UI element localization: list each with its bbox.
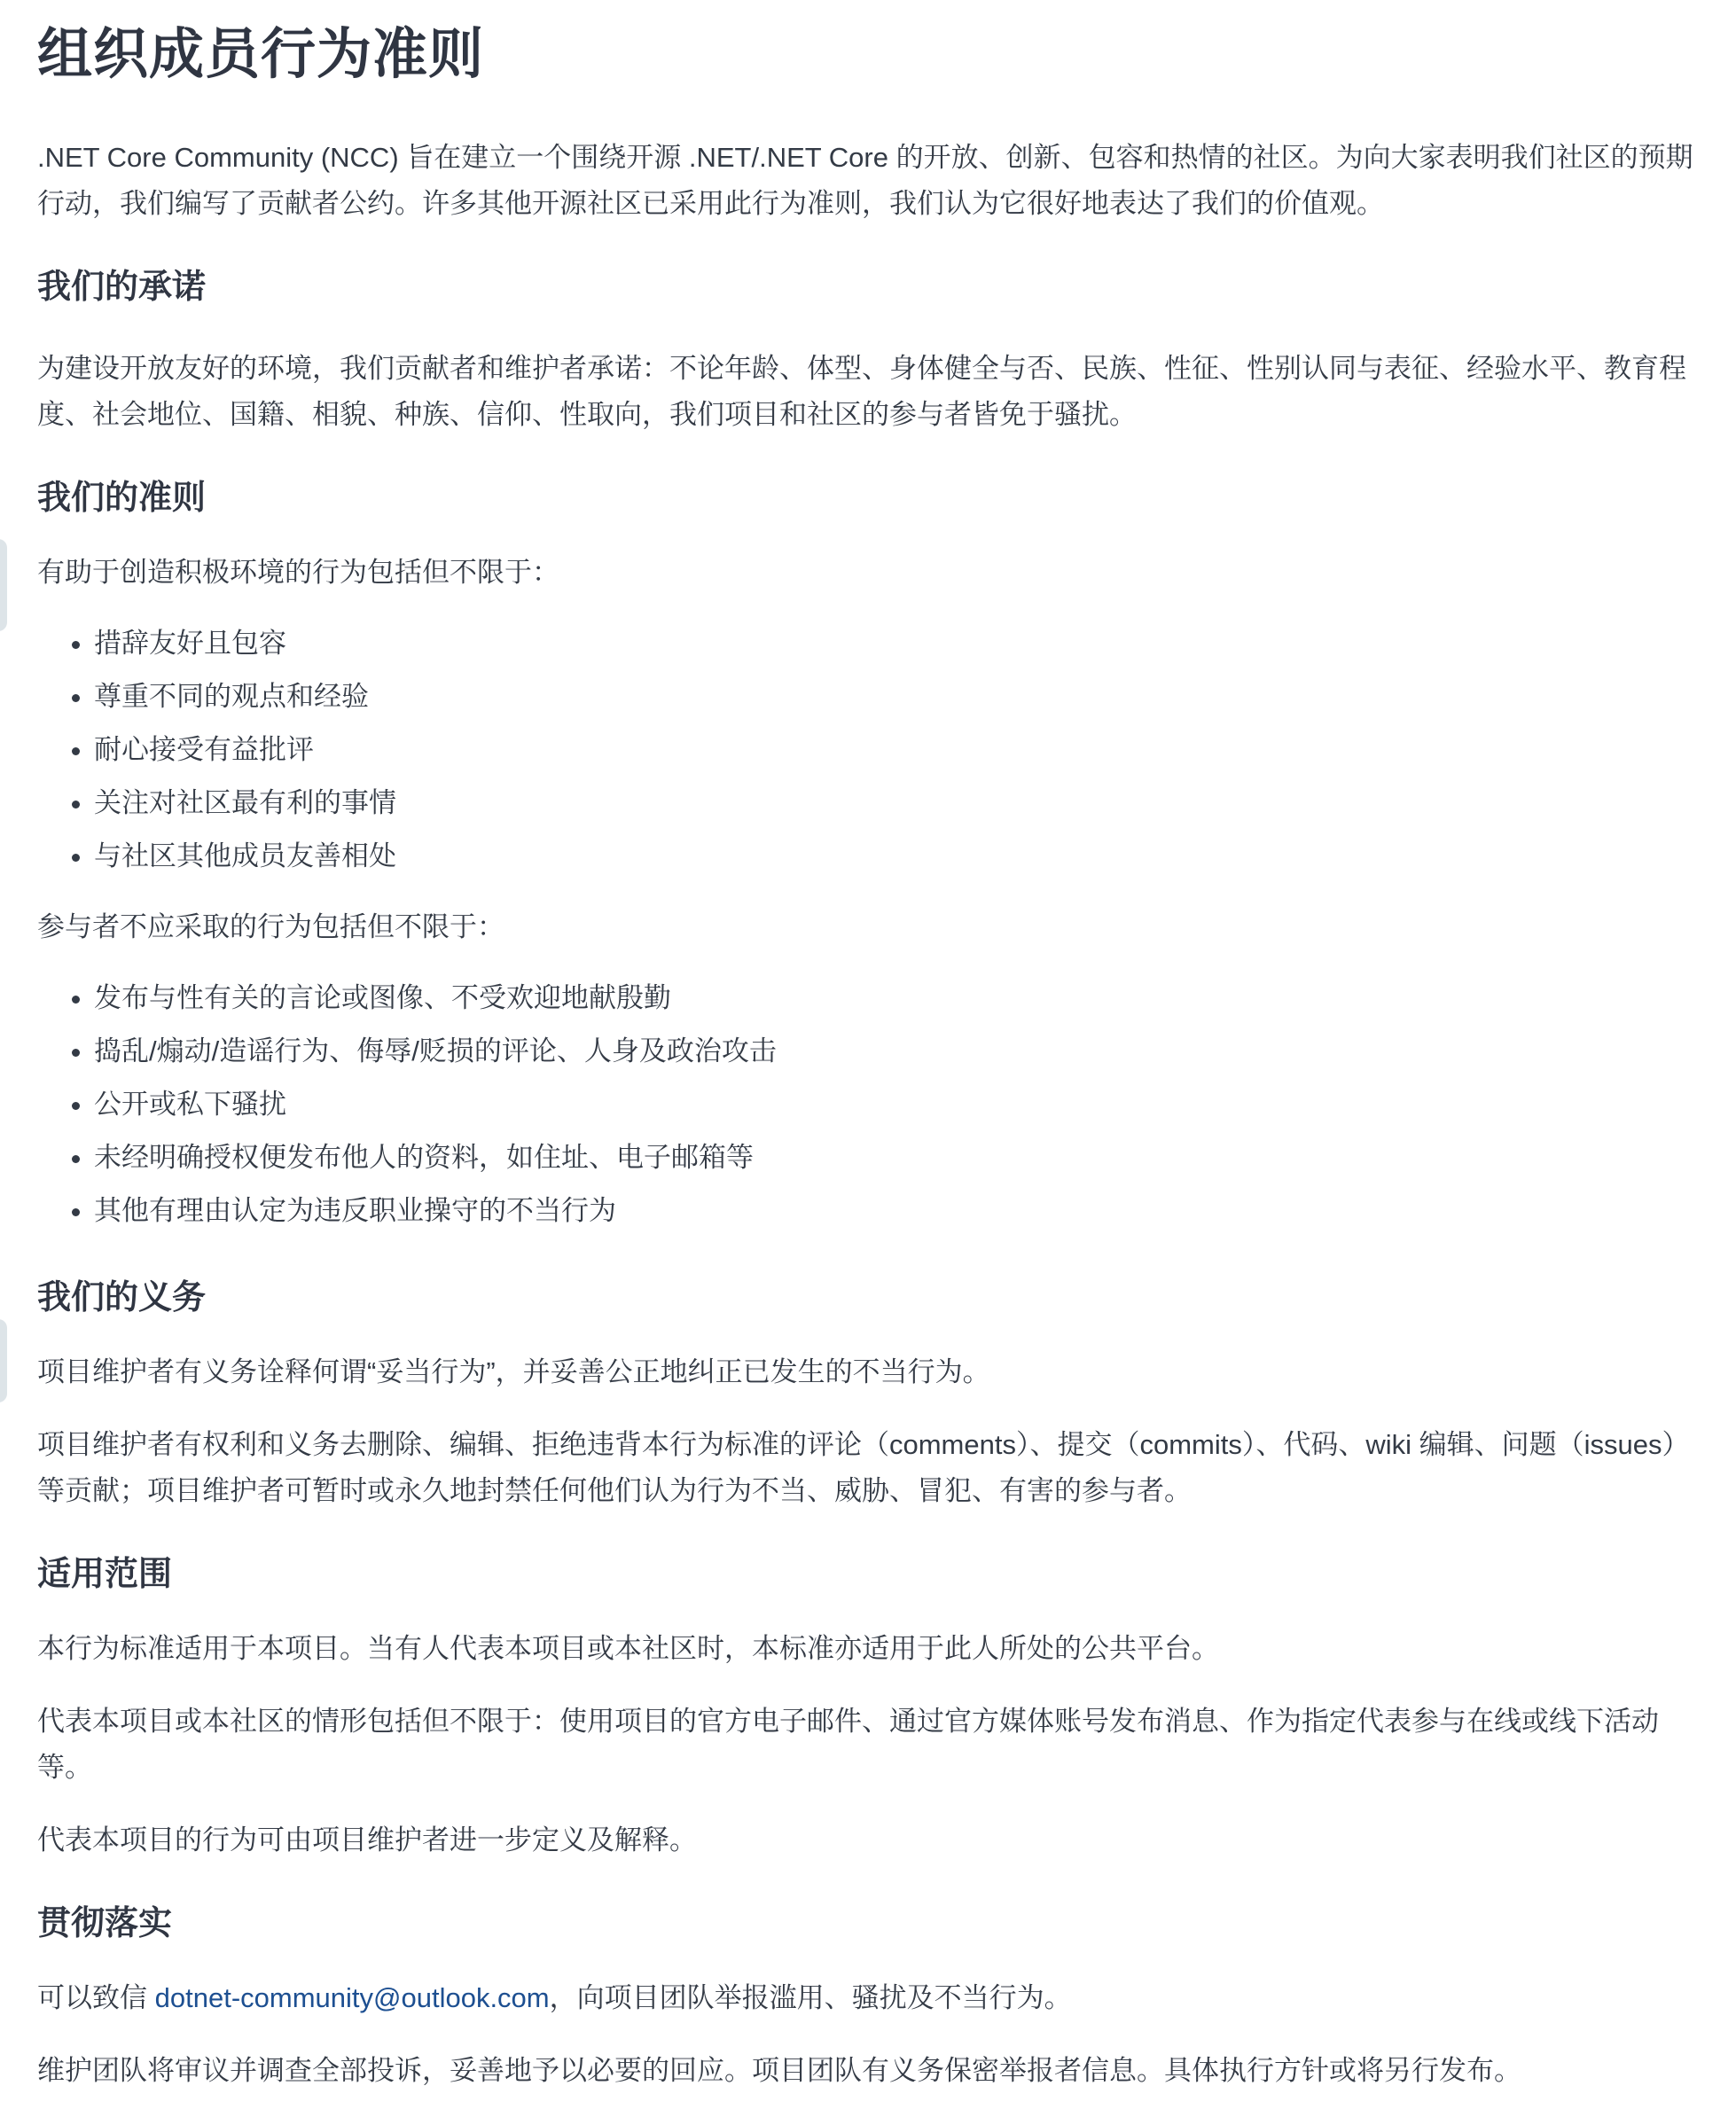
negative-behaviors-intro: 参与者不应采取的行为包括但不限于： (37, 904, 1704, 950)
section-heading-standards: 我们的准则 (37, 473, 1704, 523)
contact-suffix: ，向项目团队举报滥用、骚扰及不当行为。 (550, 1982, 1072, 2013)
list-item: 捣乱/煽动/造谣行为、侮辱/贬损的评论、人身及政治攻击 (94, 1025, 1704, 1078)
section-heading-responsibilities: 我们的义务 (37, 1273, 1704, 1323)
intro-paragraph: .NET Core Community (NCC) 旨在建立一个围绕开源 .NE… (37, 135, 1704, 227)
edge-tab-handle[interactable] (0, 539, 7, 631)
negative-behaviors-list: 发布与性有关的言论或图像、不受欢迎地献殷勤 捣乱/煽动/造谣行为、侮辱/贬损的评… (37, 972, 1704, 1238)
page-title: 组织成员行为准则 (37, 20, 1704, 90)
list-item: 与社区其他成员友善相处 (94, 830, 1704, 883)
list-item: 尊重不同的观点和经验 (94, 670, 1704, 723)
edge-tab-handle[interactable] (0, 1319, 7, 1402)
list-item: 发布与性有关的言论或图像、不受欢迎地献殷勤 (94, 972, 1704, 1025)
list-item: 措辞友好且包容 (94, 617, 1704, 670)
enforcement-contact-paragraph: 可以致信 dotnet-community@outlook.com，向项目团队举… (37, 1975, 1704, 2021)
responsibilities-paragraph-2: 项目维护者有权利和义务去删除、编辑、拒绝违背本行为标准的评论（comments）… (37, 1422, 1704, 1514)
pledge-paragraph: 为建设开放友好的环境，我们贡献者和维护者承诺：不论年龄、体型、身体健全与否、民族… (37, 346, 1704, 438)
responsibilities-paragraph-1: 项目维护者有义务诠释何谓“妥当行为”，并妥善公正地纠正已发生的不当行为。 (37, 1349, 1704, 1395)
scope-paragraph-2: 代表本项目或本社区的情形包括但不限于：使用项目的官方电子邮件、通过官方媒体账号发… (37, 1699, 1704, 1791)
scope-paragraph-1: 本行为标准适用于本项目。当有人代表本项目或本社区时，本标准亦适用于此人所处的公共… (37, 1626, 1704, 1672)
section-heading-pledge: 我们的承诺 (37, 262, 1704, 312)
list-item: 未经明确授权便发布他人的资料，如住址、电子邮箱等 (94, 1131, 1704, 1184)
contact-prefix: 可以致信 (37, 1982, 155, 2013)
list-item: 耐心接受有益批评 (94, 723, 1704, 777)
contact-email-link[interactable]: dotnet-community@outlook.com (155, 1982, 550, 2013)
list-item: 关注对社区最有利的事情 (94, 777, 1704, 830)
list-item: 公开或私下骚扰 (94, 1078, 1704, 1131)
list-item: 其他有理由认定为违反职业操守的不当行为 (94, 1184, 1704, 1238)
document-content: 组织成员行为准则 .NET Core Community (NCC) 旨在建立一… (37, 0, 1704, 2094)
positive-behaviors-list: 措辞友好且包容 尊重不同的观点和经验 耐心接受有益批评 关注对社区最有利的事情 … (37, 617, 1704, 883)
positive-behaviors-intro: 有助于创造积极环境的行为包括但不限于： (37, 550, 1704, 596)
section-heading-scope: 适用范围 (37, 1550, 1704, 1599)
section-heading-enforcement: 贯彻落实 (37, 1899, 1704, 1949)
enforcement-paragraph-2: 维护团队将审议并调查全部投诉，妥善地予以必要的回应。项目团队有义务保密举报者信息… (37, 2048, 1704, 2094)
scope-paragraph-3: 代表本项目的行为可由项目维护者进一步定义及解释。 (37, 1817, 1704, 1863)
